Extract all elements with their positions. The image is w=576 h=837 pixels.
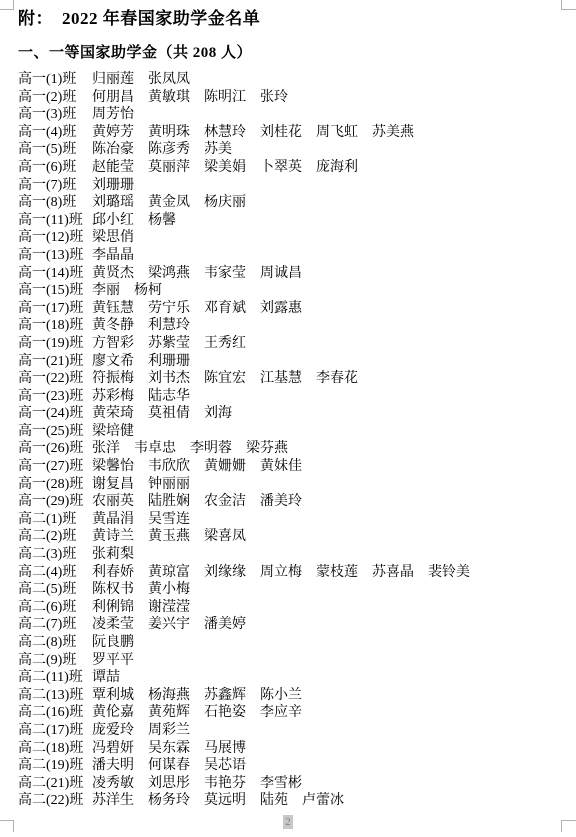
roster-row: 高一(27)班 梁馨怡 韦欣欣 黄姗姗 黄妹佳 [18, 458, 576, 476]
student-names: 黄诗兰 黄玉燕 梁喜凤 [92, 528, 246, 546]
crop-mark-top-right-icon [561, 0, 576, 10]
student-names: 苏彩梅 陆志华 [92, 388, 190, 406]
student-names: 潘夫明 何谋春 吴芯语 [92, 757, 246, 775]
roster-row: 高一(23)班 苏彩梅 陆志华 [18, 388, 576, 406]
roster-row: 高一(5)班 陈冶豪 陈彦秀 苏美 [18, 141, 576, 159]
class-label: 高二(11)班 [18, 669, 92, 687]
student-names: 黄冬静 利慧玲 [92, 317, 190, 335]
student-names: 凌柔莹 姜兴宇 潘美婷 [92, 616, 246, 634]
roster-row: 高一(17)班 黄钰慧 劳宁乐 邓育斌 刘露惠 [18, 300, 576, 318]
page-footer: 2 [0, 812, 576, 830]
roster-row: 高二(22)班 苏洋生 杨务玲 莫远明 陆苑 卢蕾冰 [18, 792, 576, 810]
class-label: 高二(3)班 [18, 546, 92, 564]
class-label: 高一(11)班 [18, 212, 92, 230]
class-label: 高一(28)班 [18, 476, 92, 494]
roster-row: 高二(5)班 陈权书 黄小梅 [18, 581, 576, 599]
roster-row: 高一(14)班 黄贤杰 梁鸿燕 韦家莹 周诚昌 [18, 265, 576, 283]
class-label: 高二(16)班 [18, 704, 92, 722]
class-label: 高二(8)班 [18, 634, 92, 652]
student-names: 何朋昌 黄敏琪 陈明江 张玲 [92, 89, 288, 107]
roster-row: 高二(16)班 黄伦嘉 黄苑辉 石艳姿 李应辛 [18, 704, 576, 722]
class-label: 高一(26)班 [18, 440, 92, 458]
student-names: 陈冶豪 陈彦秀 苏美 [92, 141, 232, 159]
class-label: 高一(1)班 [18, 71, 92, 89]
roster-row: 高二(3)班 张莉梨 [18, 546, 576, 564]
student-names: 陈权书 黄小梅 [92, 581, 190, 599]
roster-row: 高二(6)班 利俐锦 谢滢滢 [18, 599, 576, 617]
class-label: 高二(18)班 [18, 740, 92, 758]
roster-row: 高二(13)班 覃利城 杨海燕 苏鑫辉 陈小兰 [18, 687, 576, 705]
class-label: 高一(19)班 [18, 335, 92, 353]
student-names: 符振梅 刘书杰 陈宜宏 江基慧 李春花 [92, 370, 358, 388]
student-names: 归丽莲 张凤凤 [92, 71, 190, 89]
class-label: 高二(1)班 [18, 511, 92, 529]
class-label: 高一(6)班 [18, 159, 92, 177]
class-label: 高一(12)班 [18, 229, 92, 247]
page-number-field: 2 [283, 815, 293, 829]
class-label: 高一(23)班 [18, 388, 92, 406]
roster-row: 高二(18)班 冯碧妍 吴东霖 马展博 [18, 740, 576, 758]
class-label: 高二(5)班 [18, 581, 92, 599]
student-names: 李晶晶 [92, 247, 134, 265]
class-label: 高一(14)班 [18, 265, 92, 283]
class-label: 高二(4)班 [18, 564, 92, 582]
roster-row: 高二(21)班 凌秀敏 刘思彤 韦艳芬 李雪彬 [18, 775, 576, 793]
roster-row: 高一(28)班 谢复昌 钟丽丽 [18, 476, 576, 494]
student-names: 刘璐瑶 黄金凤 杨庆丽 [92, 194, 246, 212]
class-label: 高一(15)班 [18, 282, 92, 300]
roster-row: 高一(15)班 李丽 杨柯 [18, 282, 576, 300]
student-names: 黄钰慧 劳宁乐 邓育斌 刘露惠 [92, 300, 302, 318]
student-names: 刘珊珊 [92, 177, 134, 195]
student-names: 罗平平 [92, 652, 134, 670]
student-names: 谢复昌 钟丽丽 [92, 476, 190, 494]
roster-row: 高一(8)班 刘璐瑶 黄金凤 杨庆丽 [18, 194, 576, 212]
roster-row: 高一(11)班 邱小红 杨馨 [18, 212, 576, 230]
roster-row: 高一(18)班 黄冬静 利慧玲 [18, 317, 576, 335]
student-names: 梁馨怡 韦欣欣 黄姗姗 黄妹佳 [92, 458, 302, 476]
roster-row: 高一(3)班 周芳怡 [18, 106, 576, 124]
roster-row: 高一(1)班 归丽莲 张凤凤 [18, 71, 576, 89]
student-names: 黄荣琦 莫祖倩 刘海 [92, 405, 232, 423]
class-label: 高一(5)班 [18, 141, 92, 159]
document-title: 附： 2022 年春国家助学金名单 [18, 7, 260, 30]
class-label: 高二(9)班 [18, 652, 92, 670]
class-label: 高一(24)班 [18, 405, 92, 423]
student-names: 苏洋生 杨务玲 莫远明 陆苑 卢蕾冰 [92, 792, 344, 810]
roster-row: 高一(26)班 张洋 韦卓忠 李明蓉 梁芬燕 [18, 440, 576, 458]
class-label: 高一(18)班 [18, 317, 92, 335]
class-label: 高一(7)班 [18, 177, 92, 195]
class-label: 高一(27)班 [18, 458, 92, 476]
class-label: 高一(13)班 [18, 247, 92, 265]
roster-row: 高一(2)班 何朋昌 黄敏琪 陈明江 张玲 [18, 89, 576, 107]
roster-row: 高二(1)班 黄晶涓 吴雪连 [18, 511, 576, 529]
student-names: 方智彩 苏紫莹 王秀红 [92, 335, 246, 353]
roster-row: 高二(4)班 利春娇 黄琼富 刘缘缘 周立梅 蒙枝莲 苏喜晶 裴铃美 [18, 564, 576, 582]
student-names: 利春娇 黄琼富 刘缘缘 周立梅 蒙枝莲 苏喜晶 裴铃美 [92, 564, 470, 582]
roster-row: 高二(8)班 阮良鹏 [18, 634, 576, 652]
roster-row: 高一(21)班 廖文希 利珊珊 [18, 353, 576, 371]
class-label: 高二(17)班 [18, 722, 92, 740]
student-names: 凌秀敏 刘思彤 韦艳芬 李雪彬 [92, 775, 302, 793]
class-label: 高一(17)班 [18, 300, 92, 318]
class-label: 高二(6)班 [18, 599, 92, 617]
roster-row: 高二(7)班 凌柔莹 姜兴宇 潘美婷 [18, 616, 576, 634]
student-names: 覃利城 杨海燕 苏鑫辉 陈小兰 [92, 687, 302, 705]
student-names: 利俐锦 谢滢滢 [92, 599, 190, 617]
class-label: 高一(2)班 [18, 89, 92, 107]
student-names: 廖文希 利珊珊 [92, 353, 190, 371]
student-names: 冯碧妍 吴东霖 马展博 [92, 740, 246, 758]
student-names: 邱小红 杨馨 [92, 212, 176, 230]
roster-row: 高二(11)班 谭喆 [18, 669, 576, 687]
student-names: 黄贤杰 梁鸿燕 韦家莹 周诚昌 [92, 265, 302, 283]
student-names: 庞爱玲 周彩兰 [92, 722, 190, 740]
class-label: 高一(25)班 [18, 423, 92, 441]
section-heading: 一、一等国家助学金（共 208 人） [18, 43, 252, 63]
roster-list: 高一(1)班 归丽莲 张凤凤 高一(2)班 何朋昌 黄敏琪 陈明江 张玲 高一(… [18, 71, 576, 810]
roster-row: 高一(4)班 黄婷芳 黄明珠 林慧玲 刘桂花 周飞虹 苏美燕 [18, 124, 576, 142]
roster-row: 高二(9)班 罗平平 [18, 652, 576, 670]
student-names: 周芳怡 [92, 106, 134, 124]
class-label: 高二(13)班 [18, 687, 92, 705]
crop-mark-top-left-icon [0, 0, 14, 10]
class-label: 高二(7)班 [18, 616, 92, 634]
class-label: 高二(21)班 [18, 775, 92, 793]
student-names: 梁培健 [92, 423, 134, 441]
student-names: 梁思俏 [92, 229, 134, 247]
roster-row: 高一(7)班 刘珊珊 [18, 177, 576, 195]
class-label: 高二(2)班 [18, 528, 92, 546]
student-names: 张洋 韦卓忠 李明蓉 梁芬燕 [92, 440, 288, 458]
document-page: 附： 2022 年春国家助学金名单 一、一等国家助学金（共 208 人） 高一(… [0, 0, 576, 837]
student-names: 赵能莹 莫丽萍 梁美娟 卜翠英 庞海利 [92, 159, 358, 177]
roster-row: 高一(19)班 方智彩 苏紫莹 王秀红 [18, 335, 576, 353]
class-label: 高一(29)班 [18, 493, 92, 511]
class-label: 高二(19)班 [18, 757, 92, 775]
student-names: 阮良鹏 [92, 634, 134, 652]
roster-row: 高一(12)班 梁思俏 [18, 229, 576, 247]
roster-row: 高一(22)班 符振梅 刘书杰 陈宜宏 江基慧 李春花 [18, 370, 576, 388]
class-label: 高一(21)班 [18, 353, 92, 371]
roster-row: 高一(24)班 黄荣琦 莫祖倩 刘海 [18, 405, 576, 423]
class-label: 高一(4)班 [18, 124, 92, 142]
roster-row: 高一(6)班 赵能莹 莫丽萍 梁美娟 卜翠英 庞海利 [18, 159, 576, 177]
class-label: 高一(3)班 [18, 106, 92, 124]
student-names: 李丽 杨柯 [92, 282, 162, 300]
roster-row: 高一(13)班 李晶晶 [18, 247, 576, 265]
student-names: 农丽英 陆胜娴 农金洁 潘美玲 [92, 493, 302, 511]
roster-row: 高二(2)班 黄诗兰 黄玉燕 梁喜凤 [18, 528, 576, 546]
student-names: 谭喆 [92, 669, 120, 687]
roster-row: 高二(17)班 庞爱玲 周彩兰 [18, 722, 576, 740]
student-names: 黄晶涓 吴雪连 [92, 511, 190, 529]
class-label: 高一(8)班 [18, 194, 92, 212]
roster-row: 高一(25)班 梁培健 [18, 423, 576, 441]
student-names: 黄婷芳 黄明珠 林慧玲 刘桂花 周飞虹 苏美燕 [92, 124, 414, 142]
roster-row: 高一(29)班 农丽英 陆胜娴 农金洁 潘美玲 [18, 493, 576, 511]
roster-row: 高二(19)班 潘夫明 何谋春 吴芯语 [18, 757, 576, 775]
student-names: 黄伦嘉 黄苑辉 石艳姿 李应辛 [92, 704, 302, 722]
student-names: 张莉梨 [92, 546, 134, 564]
class-label: 高一(22)班 [18, 370, 92, 388]
class-label: 高二(22)班 [18, 792, 92, 810]
